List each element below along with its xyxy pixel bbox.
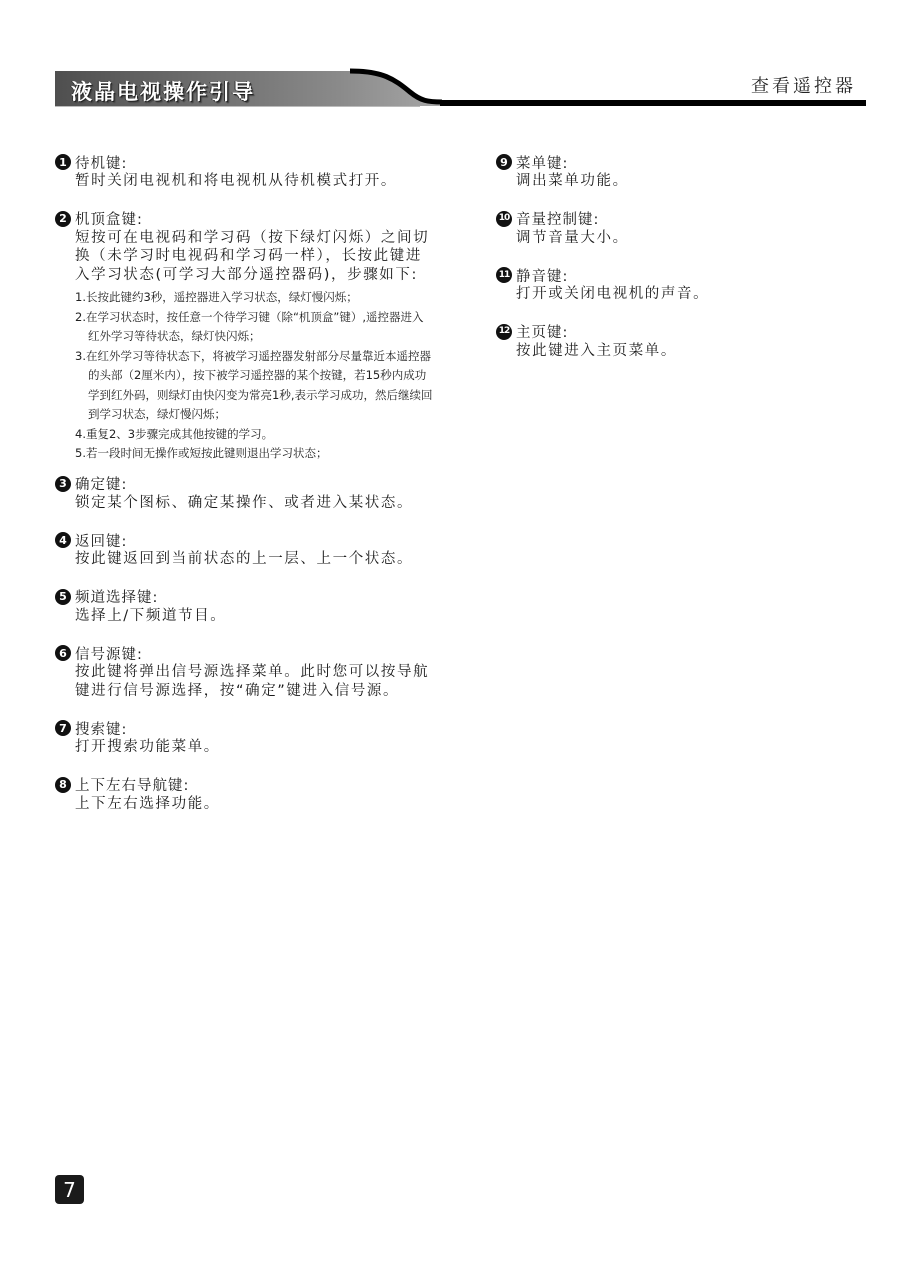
number-badge-icon: 7 — [55, 720, 71, 736]
item-description: 按此键进入主页菜单。 — [516, 342, 876, 361]
key-item-ok: 3 确定键: 锁定某个图标、确定某操作、或者进入某状态。 — [55, 474, 435, 513]
page-header: 液晶电视操作引导 查看遥控器 — [0, 0, 922, 120]
item-description: 短按可在电视码和学习码（按下绿灯闪烁）之间切换（未学习时电视码和学习码一样），长… — [75, 229, 435, 285]
item-title: 菜单键: — [516, 152, 568, 173]
step-item: 4.重复2、3步骤完成其他按键的学习。 — [75, 425, 435, 445]
number-badge-icon: 4 — [55, 532, 71, 548]
section-title: 查看遥控器 — [751, 72, 856, 98]
number-badge-icon: 9 — [496, 154, 512, 170]
key-item-search: 7 搜索键: 打开搜索功能菜单。 — [55, 718, 435, 757]
number-badge-icon: 11 — [496, 267, 512, 283]
key-item-home: 12 主页键: 按此键进入主页菜单。 — [496, 322, 876, 361]
key-item-back: 4 返回键: 按此键返回到当前状态的上一层、上一个状态。 — [55, 530, 435, 569]
step-item: 2.在学习状态时，按任意一个待学习键（除“机顶盒”键）,遥控器进入红外学习等待状… — [75, 308, 435, 347]
key-item-mute: 11 静音键: 打开或关闭电视机的声音。 — [496, 265, 876, 304]
header-title: 液晶电视操作引导 — [71, 76, 255, 106]
item-title: 搜索键: — [75, 718, 127, 739]
item-title: 确定键: — [75, 473, 127, 494]
step-item: 1.长按此键约3秒，遥控器进入学习状态，绿灯慢闪烁； — [75, 288, 435, 308]
key-item-standby: 1 待机键: 暂时关闭电视机和将电视机从待机模式打开。 — [55, 152, 435, 191]
item-description: 打开搜索功能菜单。 — [75, 738, 435, 757]
number-badge-icon: 8 — [55, 777, 71, 793]
key-item-navigation: 8 上下左右导航键: 上下左右选择功能。 — [55, 775, 435, 814]
item-description: 选择上/下频道节目。 — [75, 607, 435, 626]
item-title: 音量控制键: — [516, 208, 599, 229]
number-badge-icon: 2 — [55, 211, 71, 227]
item-description: 按此键返回到当前状态的上一层、上一个状态。 — [75, 550, 435, 569]
number-badge-icon: 3 — [55, 476, 71, 492]
item-title: 上下左右导航键: — [75, 774, 189, 795]
step-item: 5.若一段时间无操作或短按此键则退出学习状态； — [75, 444, 435, 464]
item-title: 主页键: — [516, 321, 568, 342]
item-title: 待机键: — [75, 152, 127, 173]
key-item-menu: 9 菜单键: 调出菜单功能。 — [496, 152, 876, 191]
item-description: 调出菜单功能。 — [516, 172, 876, 191]
number-badge-icon: 10 — [496, 211, 512, 227]
learning-steps-list: 1.长按此键约3秒，遥控器进入学习状态，绿灯慢闪烁； 2.在学习状态时，按任意一… — [75, 288, 435, 464]
key-item-source: 6 信号源键: 按此键将弹出信号源选择菜单。此时您可以按导航键进行信号源选择，按… — [55, 643, 435, 700]
item-title: 静音键: — [516, 265, 568, 286]
number-badge-icon: 6 — [55, 645, 71, 661]
key-item-channel: 5 频道选择键: 选择上/下频道节目。 — [55, 587, 435, 626]
right-column: 9 菜单键: 调出菜单功能。 10 音量控制键: 调节音量大小。 11 静音键:… — [496, 152, 876, 378]
number-badge-icon: 12 — [496, 324, 512, 340]
step-item: 3.在红外学习等待状态下，将被学习遥控器发射部分尽量靠近本遥控器的头部（2厘米内… — [75, 347, 435, 425]
left-column: 1 待机键: 暂时关闭电视机和将电视机从待机模式打开。 2 机顶盒键: 短按可在… — [55, 152, 435, 831]
number-badge-icon: 1 — [55, 154, 71, 170]
number-badge-icon: 5 — [55, 589, 71, 605]
item-description: 调节音量大小。 — [516, 229, 876, 248]
key-item-volume: 10 音量控制键: 调节音量大小。 — [496, 209, 876, 248]
item-description: 暂时关闭电视机和将电视机从待机模式打开。 — [75, 172, 435, 191]
item-title: 返回键: — [75, 530, 127, 551]
item-description: 按此键将弹出信号源选择菜单。此时您可以按导航键进行信号源选择，按“确定”键进入信… — [75, 663, 435, 700]
item-title: 信号源键: — [75, 643, 143, 664]
item-description: 锁定某个图标、确定某操作、或者进入某状态。 — [75, 494, 435, 513]
item-title: 机顶盒键: — [75, 208, 143, 229]
key-item-settop-box: 2 机顶盒键: 短按可在电视码和学习码（按下绿灯闪烁）之间切换（未学习时电视码和… — [55, 209, 435, 464]
item-title: 频道选择键: — [75, 586, 158, 607]
page-number: 7 — [55, 1175, 84, 1204]
item-description: 上下左右选择功能。 — [75, 795, 435, 814]
item-description: 打开或关闭电视机的声音。 — [516, 285, 876, 304]
